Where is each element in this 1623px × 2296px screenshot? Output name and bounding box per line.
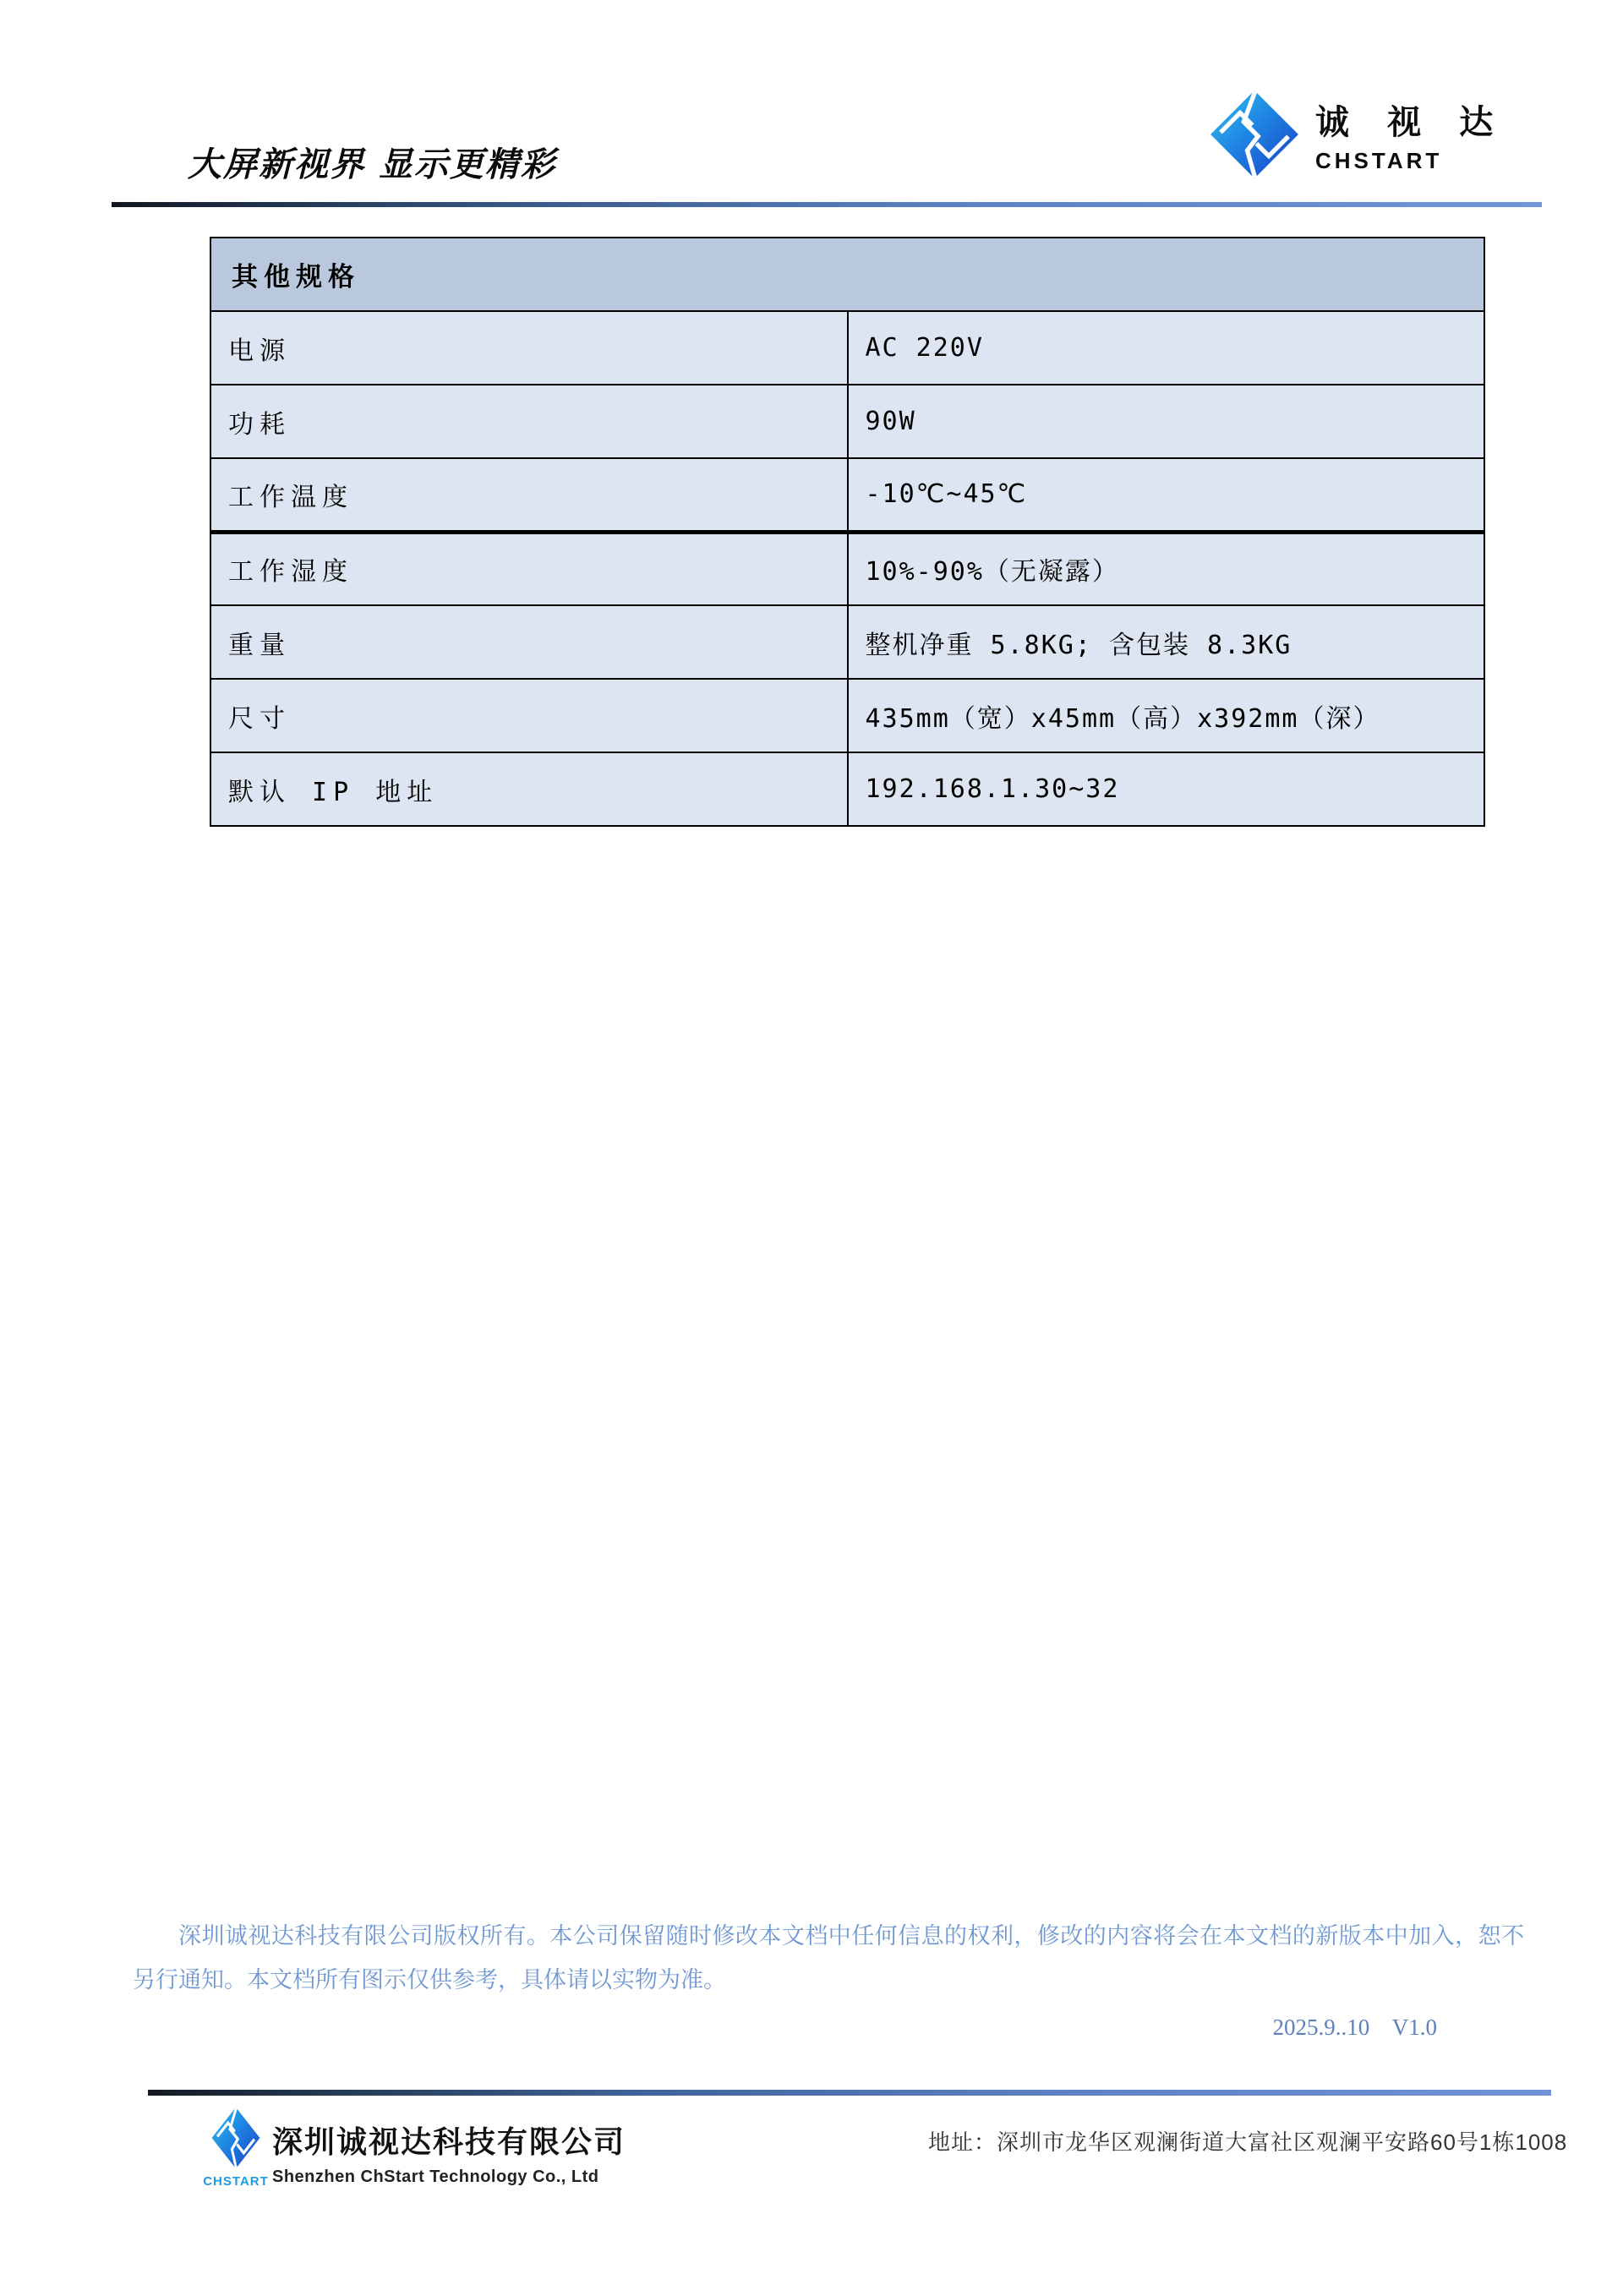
- spec-value: 整机净重 5.8KG; 含包装 8.3KG: [848, 605, 1485, 679]
- brand-name-cn: 诚 视 达: [1315, 96, 1507, 144]
- spec-value: 192.168.1.30~32: [848, 752, 1485, 826]
- header-slogan: 大屏新视界 显示更精彩: [188, 138, 556, 186]
- brand-name-en: CHSTART: [1315, 148, 1507, 174]
- footer-company-name-en: Shenzhen ChStart Technology Co., Ltd: [272, 2168, 626, 2187]
- table-row: 重量 整机净重 5.8KG; 含包装 8.3KG: [210, 605, 1484, 679]
- table-title: 其他规格: [210, 238, 1484, 311]
- spec-label: 功耗: [210, 385, 848, 458]
- spec-value: -10℃~45℃: [848, 458, 1485, 532]
- table-row: 电源 AC 220V: [210, 311, 1484, 385]
- other-specs-table: 其他规格 电源 AC 220V 功耗 90W 工作温度 -10℃~45℃ 工作湿…: [210, 237, 1485, 827]
- footer-logo: CHSTART: [201, 2107, 270, 2189]
- spec-value: AC 220V: [848, 311, 1485, 385]
- chstart-diamond-logo-icon: [211, 2107, 260, 2169]
- brand-logo: 诚 视 达 CHSTART: [1207, 90, 1507, 179]
- table-header-row: 其他规格: [210, 238, 1484, 311]
- copyright-notice: 深圳诚视达科技有限公司版权所有。本公司保留随时修改本文档中任何信息的权利，修改的…: [133, 1914, 1524, 2002]
- table-row: 功耗 90W: [210, 385, 1484, 458]
- table-row: 默认 IP 地址 192.168.1.30~32: [210, 752, 1484, 826]
- spec-label: 工作温度: [210, 458, 848, 532]
- footer-divider-rule: [148, 2090, 1551, 2096]
- spec-label: 电源: [210, 311, 848, 385]
- spec-label: 尺寸: [210, 679, 848, 752]
- table-row: 尺寸 435mm（宽）x45mm（高）x392mm（深）: [210, 679, 1484, 752]
- spec-value: 10%-90%（无凝露）: [848, 532, 1485, 605]
- footer-address: 地址：深圳市龙华区观澜街道大富社区观澜平安路60号1栋1008: [928, 2125, 1567, 2157]
- spec-label: 重量: [210, 605, 848, 679]
- footer-logo-text: CHSTART: [201, 2174, 270, 2189]
- table-row: 工作湿度 10%-90%（无凝露）: [210, 532, 1484, 605]
- chstart-diamond-logo-icon: [1207, 90, 1302, 179]
- footer-company-name-cn: 深圳诚视达科技有限公司: [272, 2118, 626, 2162]
- table-row: 工作温度 -10℃~45℃: [210, 458, 1484, 532]
- version-date: 2025.9..10 V1.0: [1014, 2014, 1437, 2041]
- footer-company: 深圳诚视达科技有限公司 Shenzhen ChStart Technology …: [272, 2118, 626, 2187]
- spec-label: 默认 IP 地址: [210, 752, 848, 826]
- spec-label: 工作湿度: [210, 532, 848, 605]
- spec-value: 435mm（宽）x45mm（高）x392mm（深）: [848, 679, 1485, 752]
- spec-value: 90W: [848, 385, 1485, 458]
- brand-text: 诚 视 达 CHSTART: [1315, 96, 1507, 174]
- header-divider-rule: [112, 202, 1542, 207]
